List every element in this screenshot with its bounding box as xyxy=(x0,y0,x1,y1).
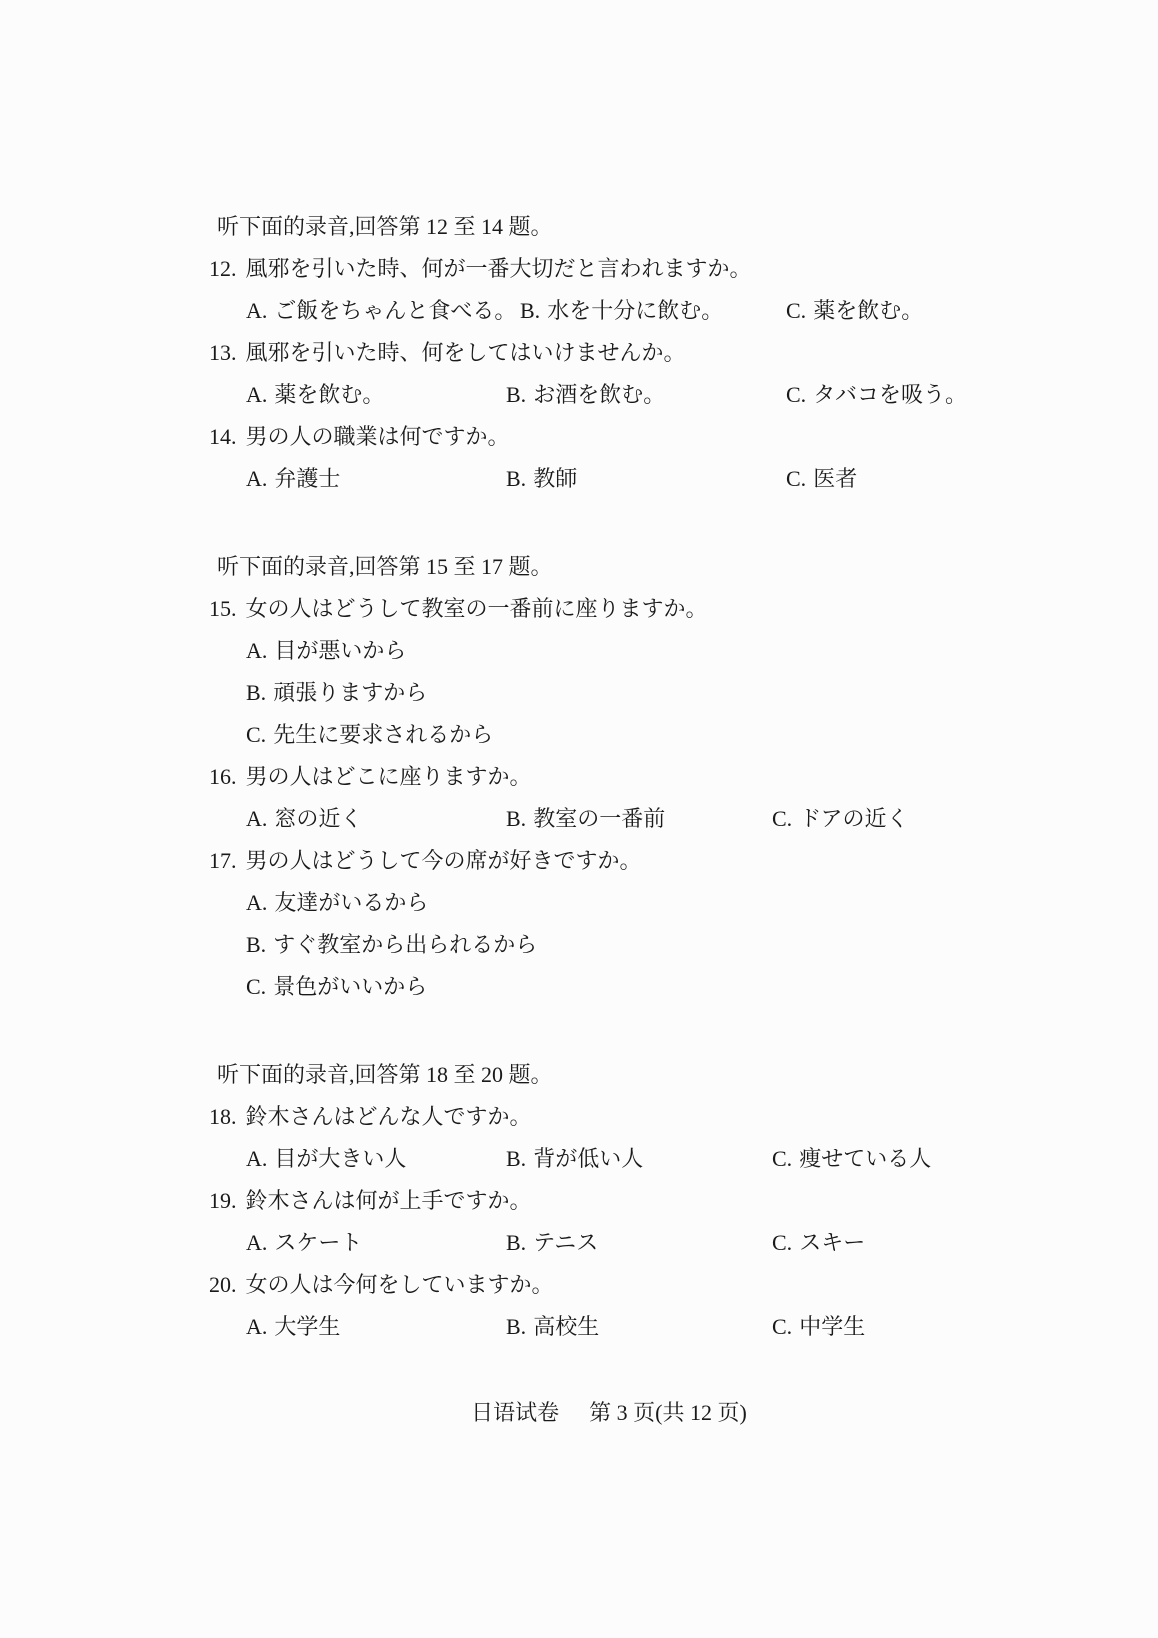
option-label: A. xyxy=(246,1230,267,1255)
question-number: 18. xyxy=(209,1104,237,1129)
question-16: 16.男の人はどこに座りますか。 A.窓の近く B.教室の一番前 C.ドアの近く xyxy=(0,756,1158,840)
option-text: ご飯をちゃんと食べる。 xyxy=(274,298,516,323)
option-a: A.薬を飲む。 xyxy=(246,374,384,416)
question-stem: 男の人はどうして今の席が好きですか。 xyxy=(246,848,642,873)
option-label: C. xyxy=(786,466,806,491)
question-13: 13.風邪を引いた時、何をしてはいけませんか。 A.薬を飲む。 B.お酒を飲む。… xyxy=(0,332,1158,416)
option-c: C.ドアの近く xyxy=(772,798,909,840)
option-text: 教師 xyxy=(533,466,577,491)
option-label: B. xyxy=(506,466,526,491)
option-label: C. xyxy=(772,1230,792,1255)
question-12-options: A.ご飯をちゃんと食べる。 B.水を十分に飲む。 C.薬を飲む。 xyxy=(0,290,1158,332)
option-a: A.目が悪いから xyxy=(246,630,1158,672)
option-b: B.背が低い人 xyxy=(506,1138,643,1180)
exam-page: 听下面的录音,回答第 12 至 14 题。 12.風邪を引いた時、何が一番大切だ… xyxy=(0,0,1158,1638)
question-number: 20. xyxy=(209,1272,237,1297)
option-text: 先生に要求されるから xyxy=(273,722,493,747)
option-label: C. xyxy=(786,298,806,323)
listening-section-18-20: 听下面的录音,回答第 18 至 20 题。 18.鈴木さんはどんな人ですか。 A… xyxy=(0,1054,1158,1348)
option-label: B. xyxy=(246,932,266,957)
question-13-stem-line: 13.風邪を引いた時、何をしてはいけませんか。 xyxy=(209,332,1158,374)
question-20-options: A.大学生 B.高校生 C.中学生 xyxy=(0,1306,1158,1348)
listening-section-15-17: 听下面的录音,回答第 15 至 17 题。 15.女の人はどうして教室の一番前に… xyxy=(0,546,1158,1008)
option-label: C. xyxy=(772,806,792,831)
option-label: A. xyxy=(246,466,267,491)
section-instruction: 听下面的录音,回答第 18 至 20 题。 xyxy=(217,1054,1158,1096)
option-text: テニス xyxy=(533,1230,598,1255)
option-c: C.タバコを吸う。 xyxy=(786,374,967,416)
footer-page-number: 第 3 页(共 12 页) xyxy=(589,1400,747,1425)
question-number: 15. xyxy=(209,596,237,621)
option-text: スキー xyxy=(799,1230,865,1255)
question-12-stem-line: 12.風邪を引いた時、何が一番大切だと言われますか。 xyxy=(209,248,1158,290)
question-stem: 風邪を引いた時、何をしてはいけませんか。 xyxy=(246,340,686,365)
option-text: 大学生 xyxy=(274,1314,340,1339)
option-text: 目が悪いから xyxy=(274,638,406,663)
option-text: 水を十分に飲む。 xyxy=(547,298,723,323)
option-text: 友達がいるから xyxy=(274,890,428,915)
question-stem: 鈴木さんはどんな人ですか。 xyxy=(246,1104,532,1129)
option-label: B. xyxy=(246,680,266,705)
option-a: A.窓の近く xyxy=(246,798,362,840)
option-text: お酒を飲む。 xyxy=(533,382,665,407)
question-15: 15.女の人はどうして教室の一番前に座りますか。 A.目が悪いから B.頑張りま… xyxy=(0,588,1158,756)
listening-section-12-14: 听下面的录音,回答第 12 至 14 题。 12.風邪を引いた時、何が一番大切だ… xyxy=(0,206,1158,500)
question-number: 14. xyxy=(209,424,237,449)
option-label: B. xyxy=(506,1146,526,1171)
question-18: 18.鈴木さんはどんな人ですか。 A.目が大きい人 B.背が低い人 C.痩せてい… xyxy=(0,1096,1158,1180)
option-label: C. xyxy=(772,1146,792,1171)
option-label: B. xyxy=(506,1314,526,1339)
option-text: 景色がいいから xyxy=(273,974,427,999)
option-b: B.教師 xyxy=(506,458,577,500)
option-a: A.ご飯をちゃんと食べる。 xyxy=(246,290,516,332)
option-text: スケート xyxy=(274,1230,362,1255)
option-text: 頑張りますから xyxy=(273,680,427,705)
option-text: 高校生 xyxy=(533,1314,599,1339)
question-number: 19. xyxy=(209,1188,237,1213)
option-a: A.目が大きい人 xyxy=(246,1138,406,1180)
question-18-options: A.目が大きい人 B.背が低い人 C.痩せている人 xyxy=(0,1138,1158,1180)
option-text: タバコを吸う。 xyxy=(813,382,967,407)
question-stem: 女の人は今何をしていますか。 xyxy=(246,1272,554,1297)
option-b: B.すぐ教室から出られるから xyxy=(246,924,1158,966)
option-label: A. xyxy=(246,298,267,323)
question-stem: 女の人はどうして教室の一番前に座りますか。 xyxy=(246,596,708,621)
question-number: 17. xyxy=(209,848,237,873)
question-stem: 男の人はどこに座りますか。 xyxy=(246,764,532,789)
option-c: C.痩せている人 xyxy=(772,1138,931,1180)
question-18-stem-line: 18.鈴木さんはどんな人ですか。 xyxy=(209,1096,1158,1138)
question-19-stem-line: 19.鈴木さんは何が上手ですか。 xyxy=(209,1180,1158,1222)
question-17-stem-line: 17.男の人はどうして今の席が好きですか。 xyxy=(209,840,1158,882)
option-label: B. xyxy=(506,806,526,831)
option-c: C.スキー xyxy=(772,1222,865,1264)
question-stem: 鈴木さんは何が上手ですか。 xyxy=(246,1188,532,1213)
option-b: B.教室の一番前 xyxy=(506,798,665,840)
question-16-options: A.窓の近く B.教室の一番前 C.ドアの近く xyxy=(0,798,1158,840)
option-b: B.お酒を飲む。 xyxy=(506,374,665,416)
option-text: 目が大きい人 xyxy=(274,1146,406,1171)
option-label: B. xyxy=(520,298,540,323)
option-c: C.医者 xyxy=(786,458,857,500)
option-text: 痩せている人 xyxy=(799,1146,931,1171)
question-14-options: A.弁護士 B.教師 C.医者 xyxy=(0,458,1158,500)
question-17: 17.男の人はどうして今の席が好きですか。 A.友達がいるから B.すぐ教室から… xyxy=(0,840,1158,1008)
option-label: B. xyxy=(506,382,526,407)
option-a: A.スケート xyxy=(246,1222,362,1264)
option-b: B.水を十分に飲む。 xyxy=(520,290,723,332)
option-label: C. xyxy=(246,722,266,747)
question-19-options: A.スケート B.テニス C.スキー xyxy=(0,1222,1158,1264)
option-c: C.薬を飲む。 xyxy=(786,290,923,332)
section-instruction: 听下面的录音,回答第 15 至 17 题。 xyxy=(217,546,1158,588)
option-a: A.弁護士 xyxy=(246,458,340,500)
option-a: A.友達がいるから xyxy=(246,882,1158,924)
option-text: 薬を飲む。 xyxy=(813,298,923,323)
question-20-stem-line: 20.女の人は今何をしていますか。 xyxy=(209,1264,1158,1306)
option-label: C. xyxy=(786,382,806,407)
option-text: 弁護士 xyxy=(274,466,340,491)
option-label: C. xyxy=(246,974,266,999)
question-19: 19.鈴木さんは何が上手ですか。 A.スケート B.テニス C.スキー xyxy=(0,1180,1158,1264)
footer-text: 日语试卷第 3 页(共 12 页) xyxy=(471,1400,747,1425)
section-instruction: 听下面的录音,回答第 12 至 14 题。 xyxy=(217,206,1158,248)
question-stem: 男の人の職業は何ですか。 xyxy=(246,424,510,449)
question-20: 20.女の人は今何をしていますか。 A.大学生 B.高校生 C.中学生 xyxy=(0,1264,1158,1348)
option-label: A. xyxy=(246,806,267,831)
option-label: A. xyxy=(246,638,267,663)
option-c: C.景色がいいから xyxy=(246,966,1158,1008)
option-label: C. xyxy=(772,1314,792,1339)
exam-content: 听下面的录音,回答第 12 至 14 题。 12.風邪を引いた時、何が一番大切だ… xyxy=(0,0,1158,1348)
option-label: A. xyxy=(246,1314,267,1339)
option-text: 背が低い人 xyxy=(533,1146,643,1171)
option-text: 教室の一番前 xyxy=(533,806,665,831)
option-text: 医者 xyxy=(813,466,857,491)
option-b: B.高校生 xyxy=(506,1306,599,1348)
option-label: A. xyxy=(246,382,267,407)
option-text: すぐ教室から出られるから xyxy=(273,932,537,957)
option-label: B. xyxy=(506,1230,526,1255)
option-c: C.中学生 xyxy=(772,1306,865,1348)
question-12: 12.風邪を引いた時、何が一番大切だと言われますか。 A.ご飯をちゃんと食べる。… xyxy=(0,248,1158,332)
option-text: 薬を飲む。 xyxy=(274,382,384,407)
question-number: 12. xyxy=(209,256,237,281)
option-text: 中学生 xyxy=(799,1314,865,1339)
question-number: 13. xyxy=(209,340,237,365)
question-stem: 風邪を引いた時、何が一番大切だと言われますか。 xyxy=(246,256,752,281)
question-13-options: A.薬を飲む。 B.お酒を飲む。 C.タバコを吸う。 xyxy=(0,374,1158,416)
question-14: 14.男の人の職業は何ですか。 A.弁護士 B.教師 C.医者 xyxy=(0,416,1158,500)
question-number: 16. xyxy=(209,764,237,789)
option-a: A.大学生 xyxy=(246,1306,340,1348)
option-text: ドアの近く xyxy=(799,806,908,831)
option-b: B.テニス xyxy=(506,1222,598,1264)
footer-doc-title: 日语试卷 xyxy=(471,1400,559,1425)
question-16-stem-line: 16.男の人はどこに座りますか。 xyxy=(209,756,1158,798)
option-label: A. xyxy=(246,1146,267,1171)
option-c: C.先生に要求されるから xyxy=(246,714,1158,756)
question-14-stem-line: 14.男の人の職業は何ですか。 xyxy=(209,416,1158,458)
option-text: 窓の近く xyxy=(274,806,362,831)
question-15-stem-line: 15.女の人はどうして教室の一番前に座りますか。 xyxy=(209,588,1158,630)
option-b: B.頑張りますから xyxy=(246,672,1158,714)
option-label: A. xyxy=(246,890,267,915)
page-footer: 日语试卷第 3 页(共 12 页) xyxy=(0,1392,1158,1434)
